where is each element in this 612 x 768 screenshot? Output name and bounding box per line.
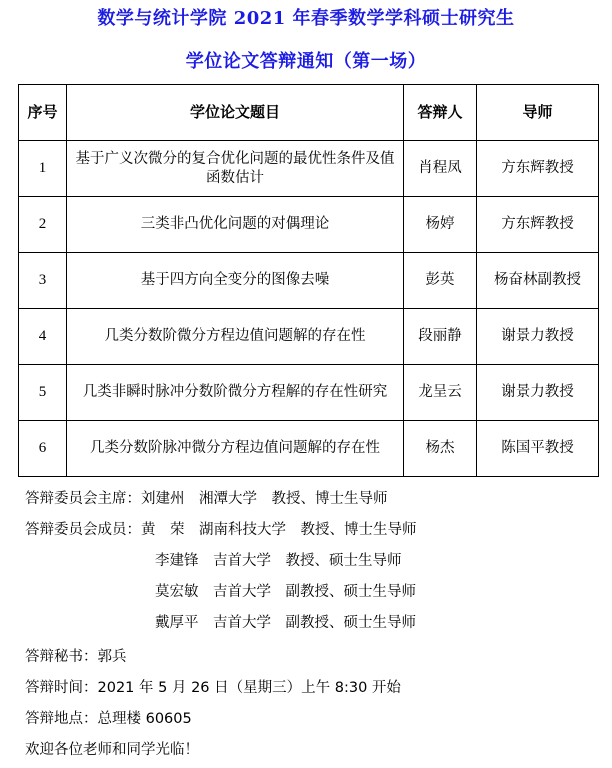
thesis-title: 几类分数阶脉冲微分方程边值问题解的存在性 (67, 421, 404, 477)
time-label: 答辩时间： (25, 680, 98, 696)
column-header-student: 答辩人 (404, 85, 477, 141)
table-row: 6 几类分数阶脉冲微分方程边值问题解的存在性 杨杰 陈国平教授 (19, 421, 599, 477)
table-row: 3 基于四方向全变分的图像去噪 彭英 杨奋林副教授 (19, 253, 599, 309)
committee-member: 莫宏敏 吉首大学 副教授、硕士生导师 (155, 580, 416, 601)
table-row: 4 几类分数阶微分方程边值问题解的存在性 段丽静 谢景力教授 (19, 309, 599, 365)
committee-member: 李建锋 吉首大学 教授、硕士生导师 (155, 549, 402, 570)
column-header-number: 序号 (19, 85, 67, 141)
committee-members-line: 答辩委员会成员：黄 荣 湖南科技大学 教授、博士生导师 (25, 518, 417, 539)
advisor-name: 杨奋林副教授 (477, 253, 599, 309)
thesis-title: 几类非瞬时脉冲分数阶微分方程解的存在性研究 (67, 365, 404, 421)
column-header-thesis-title: 学位论文题目 (67, 85, 404, 141)
advisor-name: 谢景力教授 (477, 365, 599, 421)
student-name: 肖程凤 (404, 141, 477, 197)
table-row: 2 三类非凸优化问题的对偶理论 杨婷 方东辉教授 (19, 197, 599, 253)
advisor-name: 陈国平教授 (477, 421, 599, 477)
thesis-title: 基于四方向全变分的图像去噪 (67, 253, 404, 309)
row-number: 3 (19, 253, 67, 309)
student-name: 杨婷 (404, 197, 477, 253)
advisor-name: 谢景力教授 (477, 309, 599, 365)
thesis-title: 基于广义次微分的复合优化问题的最优性条件及值函数估计 (67, 141, 404, 197)
closing-line: 欢迎各位老师和同学光临！ (25, 738, 199, 759)
notice-title-line2: 学位论文答辩通知（第一场） (0, 47, 612, 73)
student-name: 段丽静 (404, 309, 477, 365)
committee-chair: 刘建州 湘潭大学 教授、博士生导师 (141, 491, 388, 507)
row-number: 4 (19, 309, 67, 365)
time-line: 答辩时间：2021 年 5 月 26 日（星期三）上午 8:30 开始 (25, 676, 401, 697)
committee-member: 黄 荣 湖南科技大学 教授、博士生导师 (141, 522, 417, 538)
location-line: 答辩地点：总理楼 60605 (25, 707, 192, 728)
committee-chair-line: 答辩委员会主席：刘建州 湘潭大学 教授、博士生导师 (25, 487, 388, 508)
row-number: 6 (19, 421, 67, 477)
thesis-title: 三类非凸优化问题的对偶理论 (67, 197, 404, 253)
row-number: 1 (19, 141, 67, 197)
thesis-title: 几类分数阶微分方程边值问题解的存在性 (67, 309, 404, 365)
advisor-name: 方东辉教授 (477, 141, 599, 197)
table-header-row: 序号 学位论文题目 答辩人 导师 (19, 85, 599, 141)
student-name: 杨杰 (404, 421, 477, 477)
committee-member: 戴厚平 吉首大学 副教授、硕士生导师 (155, 611, 416, 632)
secretary-line: 答辩秘书：郭兵 (25, 645, 127, 666)
row-number: 5 (19, 365, 67, 421)
defense-location: 总理楼 60605 (98, 711, 192, 727)
table-row: 5 几类非瞬时脉冲分数阶微分方程解的存在性研究 龙呈云 谢景力教授 (19, 365, 599, 421)
secretary-name: 郭兵 (98, 649, 127, 665)
committee-chair-label: 答辩委员会主席： (25, 491, 141, 507)
defense-schedule-table: 序号 学位论文题目 答辩人 导师 1 基于广义次微分的复合优化问题的最优性条件及… (18, 84, 599, 477)
advisor-name: 方东辉教授 (477, 197, 599, 253)
table-row: 1 基于广义次微分的复合优化问题的最优性条件及值函数估计 肖程凤 方东辉教授 (19, 141, 599, 197)
student-name: 彭英 (404, 253, 477, 309)
column-header-advisor: 导师 (477, 85, 599, 141)
defense-time: 2021 年 5 月 26 日（星期三）上午 8:30 开始 (98, 680, 401, 696)
secretary-label: 答辩秘书： (25, 649, 98, 665)
notice-title-line1: 数学与统计学院 2021 年春季数学学科硕士研究生 (0, 4, 612, 30)
student-name: 龙呈云 (404, 365, 477, 421)
location-label: 答辩地点： (25, 711, 98, 727)
row-number: 2 (19, 197, 67, 253)
committee-members-label: 答辩委员会成员： (25, 522, 141, 538)
